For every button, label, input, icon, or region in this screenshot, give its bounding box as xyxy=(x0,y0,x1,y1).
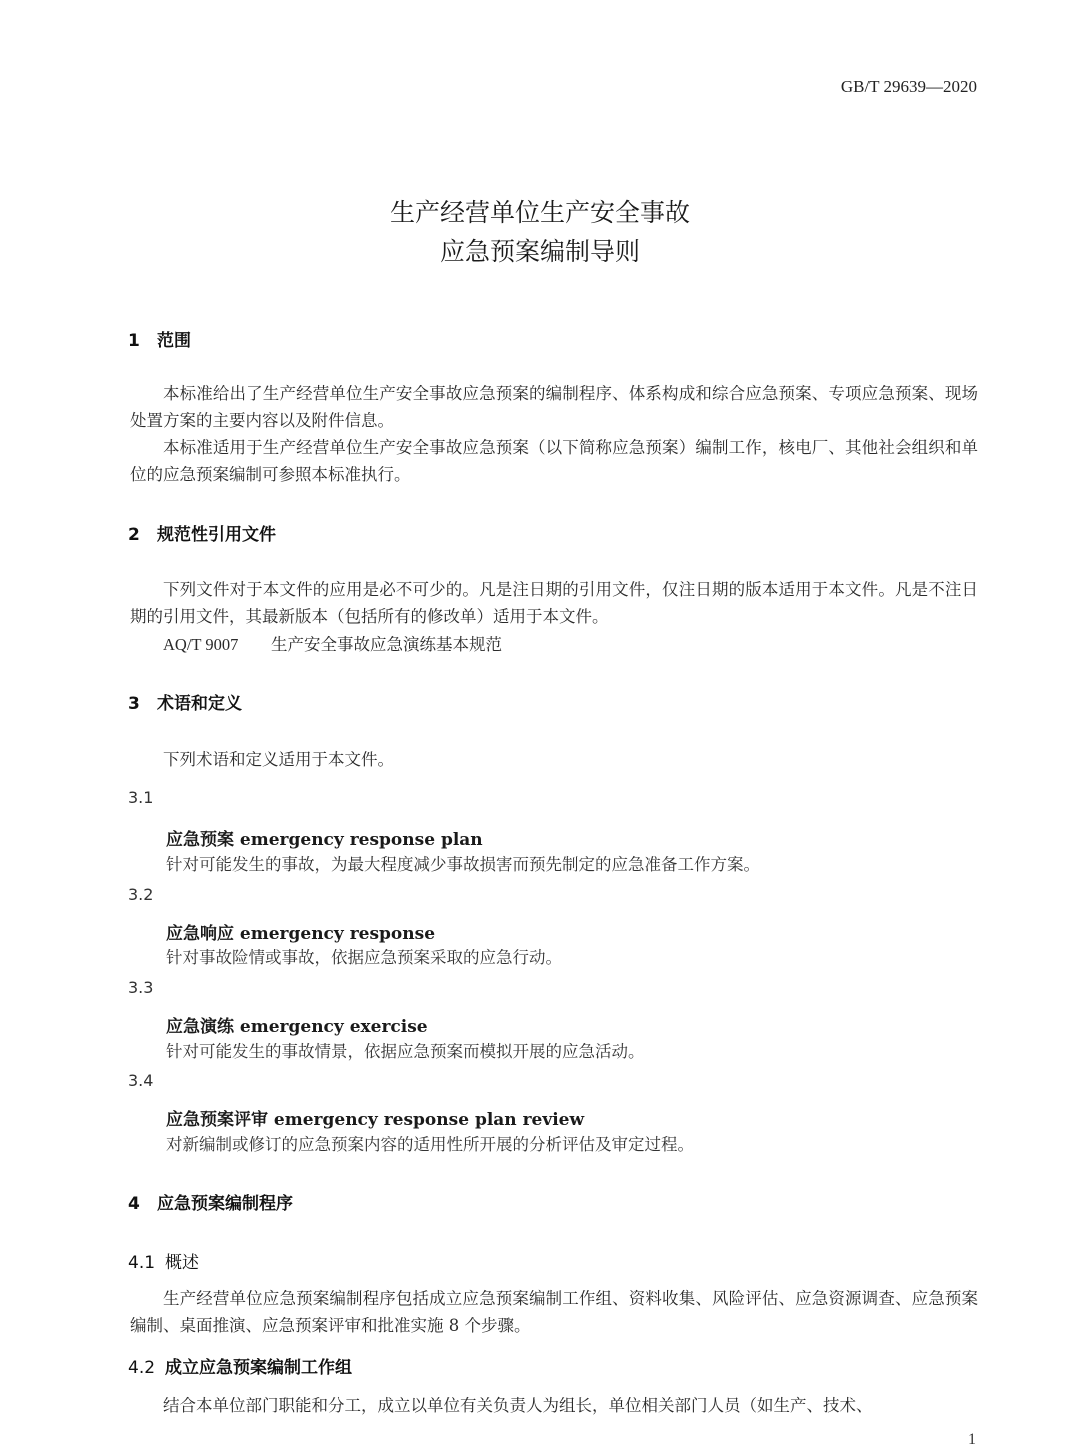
section-number: 2 xyxy=(128,525,157,545)
section-3-intro: 下列术语和定义适用于本文件。 xyxy=(163,746,394,770)
reference-title: 生产安全事故应急演练基本规范 xyxy=(271,635,502,654)
reference-code: AQ/T 9007 xyxy=(163,635,271,655)
term-number: 3.1 xyxy=(128,788,153,807)
subsection-4-1-paragraph: 生产经营单位应急预案编制程序包括成立应急预案编制工作组、资料收集、风险评估、应急… xyxy=(130,1285,978,1339)
section-3-heading: 3术语和定义 xyxy=(128,689,242,714)
section-2-heading: 2规范性引用文件 xyxy=(128,520,276,545)
term-number: 3.3 xyxy=(128,978,153,997)
term-title: 应急预案 emergency response plan xyxy=(166,825,483,850)
section-number: 4 xyxy=(128,1194,157,1214)
section-number: 3 xyxy=(128,694,157,714)
term-definition: 针对事故险情或事故，依据应急预案采取的应急行动。 xyxy=(166,944,562,968)
section-title: 应急预案编制程序 xyxy=(157,1194,293,1214)
term-title: 应急演练 emergency exercise xyxy=(166,1012,428,1037)
subsection-4-2-heading: 4.2成立应急预案编制工作组 xyxy=(128,1353,352,1378)
subsection-4-1-heading: 4.1概述 xyxy=(128,1248,199,1273)
term-definition: 针对可能发生的事故，为最大程度减少事故损害而预先制定的应急准备工作方案。 xyxy=(166,851,760,875)
subsection-4-2-paragraph: 结合本单位部门职能和分工，成立以单位有关负责人为组长，单位相关部门人员（如生产、… xyxy=(163,1392,873,1416)
term-number: 3.2 xyxy=(128,885,153,904)
section-title: 范围 xyxy=(157,331,191,351)
standard-code: GB/T 29639—2020 xyxy=(841,77,977,97)
term-title: 应急响应 emergency response xyxy=(166,919,435,944)
document-title-line-1: 生产经营单位生产安全事故 xyxy=(0,193,1080,229)
page-number: 1 xyxy=(968,1431,976,1449)
term-definition: 对新编制或修订的应急预案内容的适用性所开展的分析评估及审定过程。 xyxy=(166,1131,694,1155)
document-title-line-2: 应急预案编制导则 xyxy=(0,232,1080,268)
reference-item: AQ/T 9007生产安全事故应急演练基本规范 xyxy=(163,631,502,655)
term-definition: 针对可能发生的事故情景，依据应急预案而模拟开展的应急活动。 xyxy=(166,1038,645,1062)
subsection-number: 4.1 xyxy=(128,1253,165,1273)
section-1-paragraph-2: 本标准适用于生产经营单位生产安全事故应急预案（以下简称应急预案）编制工作，核电厂… xyxy=(130,434,978,488)
section-1-heading: 1范围 xyxy=(128,326,191,351)
section-1-paragraph-1: 本标准给出了生产经营单位生产安全事故应急预案的编制程序、体系构成和综合应急预案、… xyxy=(130,380,978,434)
section-title: 术语和定义 xyxy=(157,694,242,714)
section-title: 规范性引用文件 xyxy=(157,525,276,545)
subsection-title: 概述 xyxy=(165,1253,199,1273)
subsection-title: 成立应急预案编制工作组 xyxy=(165,1358,352,1378)
section-4-heading: 4应急预案编制程序 xyxy=(128,1189,293,1214)
term-number: 3.4 xyxy=(128,1071,153,1090)
section-number: 1 xyxy=(128,331,157,351)
term-title: 应急预案评审 emergency response plan review xyxy=(166,1105,584,1130)
section-2-paragraph-1: 下列文件对于本文件的应用是必不可少的。凡是注日期的引用文件，仅注日期的版本适用于… xyxy=(130,576,978,630)
subsection-number: 4.2 xyxy=(128,1358,165,1378)
